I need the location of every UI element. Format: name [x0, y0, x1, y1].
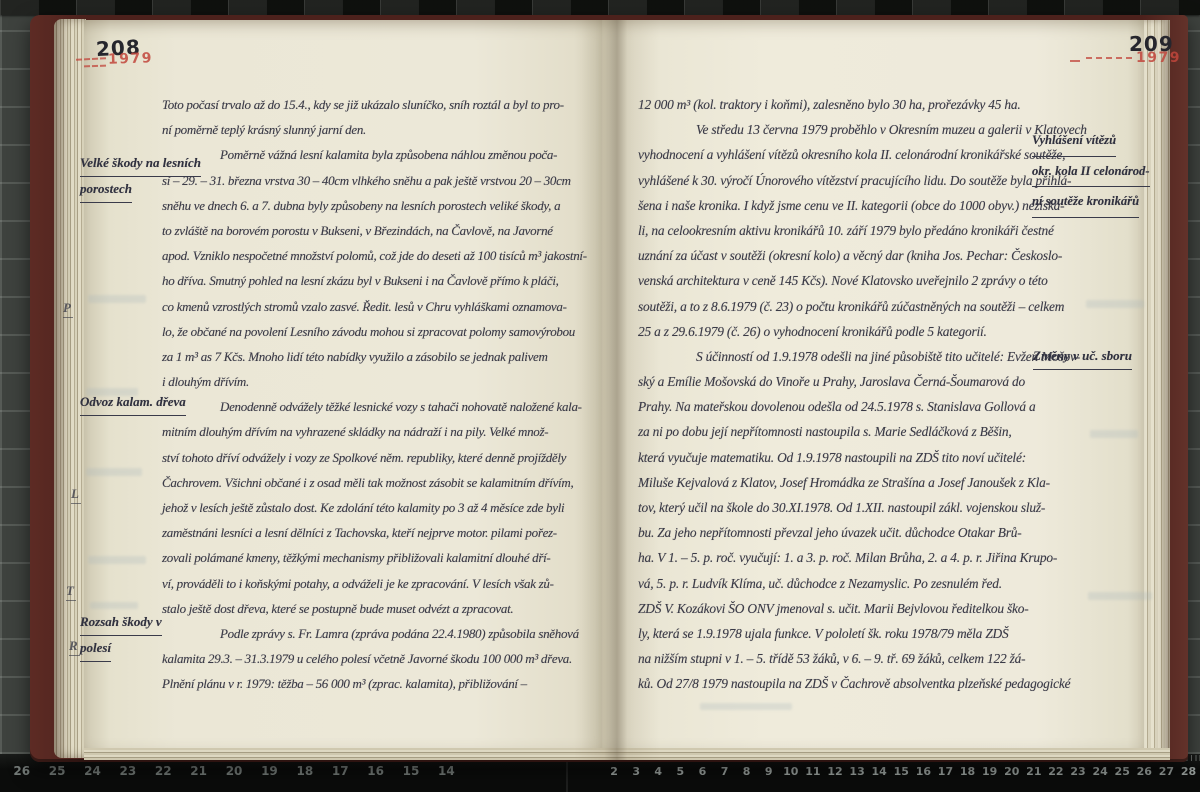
- handwritten-line: ní poměrně teplý krásný slunný jarní den…: [162, 117, 604, 142]
- handwritten-line: apod. Vzniklo nespočetné množství polomů…: [162, 243, 604, 268]
- handwritten-line: ZDŠ V. Kozákovi ŠO ONV jmenoval s. učit.…: [638, 596, 1138, 621]
- left-page-text: Toto počasí trvalo až do 15.4., kdy se j…: [162, 92, 604, 697]
- handwritten-line: i dlouhým dřívím.: [162, 369, 604, 394]
- handwritten-line: ví, prováděli to i koňskými potahy, a od…: [162, 571, 604, 596]
- ruler-number: 17: [323, 764, 358, 778]
- red-dash-mark: [1086, 57, 1132, 59]
- ruler-number: 19: [252, 764, 287, 778]
- ruler-number: 14: [868, 765, 890, 778]
- margin-note-timber-removal: Odvoz kalam. dřeva: [80, 390, 186, 416]
- handwritten-line: venská architektura v ceně 145 Kčs). Nov…: [638, 268, 1138, 293]
- ruler-number: 24: [75, 764, 110, 778]
- ruler-number: 28: [1177, 765, 1199, 778]
- ruler-number: 4: [647, 765, 669, 778]
- ruler-number: 20: [1001, 765, 1023, 778]
- ruler-bottom-left-numbers: 26252423222120191817161514: [4, 764, 464, 778]
- ruler-number: 25: [39, 764, 74, 778]
- handwritten-line: zovali polámané kmeny, těžkými mechanism…: [162, 545, 604, 570]
- handwritten-line: bu. Za jeho nepřítomnosti převzal jeho ú…: [638, 520, 1138, 545]
- year-stamp-left: 1979: [108, 50, 153, 68]
- ruler-number: 2: [603, 765, 625, 778]
- ink-bleed-mark: [86, 468, 142, 476]
- ruler-number: 15: [393, 764, 428, 778]
- ruler-number: 22: [146, 764, 181, 778]
- ruler-number: 19: [979, 765, 1001, 778]
- margin-note-staff-changes: Změny v uč. sboru: [1033, 344, 1132, 370]
- page-bottom-edge: [84, 748, 1170, 760]
- handwritten-line: zaměstnáni lesníci a lesní dělníci z Tac…: [162, 520, 604, 545]
- ink-bleed-mark: [88, 295, 146, 303]
- handwritten-line: za ni po dobu její nepřítomnosti nastoup…: [638, 419, 1138, 444]
- ruler-number: 11: [802, 765, 824, 778]
- ruler-number: 25: [1111, 765, 1133, 778]
- ruler-number: 24: [1089, 765, 1111, 778]
- margin-note-damage-extent: Rozsah škody v polesí: [80, 610, 162, 662]
- handwritten-line: ství tohoto dříví odvážely i vozy ze Spo…: [162, 445, 604, 470]
- margin-note-line: Rozsah škody v: [80, 610, 162, 636]
- handwritten-line: stalo ještě dost dřeva, které se postupn…: [162, 596, 604, 621]
- margin-note-line: porostech: [80, 177, 132, 203]
- handwritten-line: 25 a z 29.6.1979 (č. 26) o vyhodnocení k…: [638, 319, 1138, 344]
- handwritten-line: ho dříva. Smutný pohled na lesní zkázu b…: [162, 268, 604, 293]
- handwritten-line: ků. Od 27/8 1979 nastoupila na ZDŠ v Čac…: [638, 671, 1138, 696]
- ruler-number: 5: [669, 765, 691, 778]
- handwritten-line: to zvláště na borovém porostu v Bukseni,…: [162, 218, 604, 243]
- edge-letter: R: [69, 638, 80, 656]
- margin-note-line: Velké škody na lesních: [80, 151, 201, 177]
- ruler-number: 21: [1023, 765, 1045, 778]
- edge-letter: L: [71, 486, 81, 504]
- margin-note-line: Odvoz kalam. dřeva: [80, 390, 186, 416]
- ruler-number: 14: [429, 764, 464, 778]
- handwritten-line: 12 000 m³ (kol. traktory i koňmi), zales…: [638, 92, 1138, 117]
- handwritten-line: sí – 29. – 31. března vrstva 30 – 40cm v…: [162, 168, 604, 193]
- ink-bleed-mark: [88, 556, 146, 564]
- handwritten-line: Podle zprávy s. Fr. Lamra (zpráva podána…: [162, 621, 604, 646]
- ruler-number: 17: [934, 765, 956, 778]
- ruler-number: 23: [110, 764, 145, 778]
- handwritten-line: Miluše Kejvalová z Klatov, Josef Hromádk…: [638, 470, 1138, 495]
- handwritten-line: mitním dlouhým dřívím na vyhrazené sklád…: [162, 419, 604, 444]
- ruler-number: 21: [181, 764, 216, 778]
- handwritten-line: za 1 m³ as 7 Kčs. Mnoho lidí této nabídk…: [162, 344, 604, 369]
- ruler-number: 26: [4, 764, 39, 778]
- handwritten-line: která vyučuje matematiku. Od 1.9.1978 na…: [638, 445, 1138, 470]
- handwritten-line: Plnění plánu v r. 1979: těžba – 56 000 m…: [162, 671, 604, 696]
- margin-note-line: okr. kola II celonárod-: [1032, 157, 1150, 188]
- handwritten-line: uznání za účast v soutěži (okresní kolo)…: [638, 243, 1138, 268]
- ruler-number: 18: [287, 764, 322, 778]
- handwritten-line: Denodenně odvážely těžké lesnické vozy s…: [162, 394, 604, 419]
- ruler-bottom-right-numbers: 2345678910111213141516171819202122232425…: [603, 765, 1200, 778]
- handwritten-line: li, na celookresním aktivu kronikářů 10.…: [638, 218, 1138, 243]
- ink-bleed-mark: [700, 703, 792, 710]
- ruler-number: 20: [216, 764, 251, 778]
- ruler-number: 18: [957, 765, 979, 778]
- margin-note-line: Vyhlášení vítězů: [1032, 126, 1116, 157]
- handwritten-line: vá, 5. p. r. Ludvík Klíma, uč. důchodce …: [638, 571, 1138, 596]
- handwritten-line: ský a Emílie Mošovská do Vinoře u Prahy,…: [638, 369, 1138, 394]
- ruler-number: 22: [1045, 765, 1067, 778]
- ruler-number: 23: [1067, 765, 1089, 778]
- handwritten-line: lo, že občané na povolení Lesního závodu…: [162, 319, 604, 344]
- margin-note-line: Změny v uč. sboru: [1033, 344, 1132, 370]
- handwritten-line: kalamita 29.3. – 31.3.1979 u celého pole…: [162, 646, 604, 671]
- margin-note-contest-winners: Vyhlášení vítězů okr. kola II celonárod-…: [1032, 126, 1150, 218]
- ruler-number: 27: [1155, 765, 1177, 778]
- ruler-top: [0, 0, 1200, 15]
- ruler-number: 6: [691, 765, 713, 778]
- handwritten-line: ha. V 1. – 5. p. roč. vyučují: 1. a 3. p…: [638, 545, 1138, 570]
- margin-note-line: polesí: [80, 636, 111, 662]
- handwritten-line: Čachrovem. Všichni občané i z osad měli …: [162, 470, 604, 495]
- ruler-number: 12: [824, 765, 846, 778]
- ink-bleed-mark: [90, 602, 138, 609]
- handwritten-line: co kmenů vzrostlých stromů vzalo zasvé. …: [162, 294, 604, 319]
- red-dash-mark: [1070, 60, 1080, 62]
- ruler-number: 16: [912, 765, 934, 778]
- scan-scene: 26252423222120191817161514 2345678910111…: [0, 0, 1200, 792]
- ruler-number: 13: [846, 765, 868, 778]
- handwritten-line: Toto počasí trvalo až do 15.4., kdy se j…: [162, 92, 604, 117]
- handwritten-line: ly, která se 1.9.1978 ujala funkce. V po…: [638, 621, 1138, 646]
- handwritten-line: sněhu ve dnech 6. a 7. dubna byly způsob…: [162, 193, 604, 218]
- handwritten-line: jehož v lesích ještě zůstalo dost. Ke zd…: [162, 495, 604, 520]
- handwritten-line: tov, který učil na škole do 30.XI.1978. …: [638, 495, 1138, 520]
- handwritten-line: na nižším stupni v 1. – 5. třídě 53 žáků…: [638, 646, 1138, 671]
- handwritten-line: Prahy. Na mateřskou dovolenou odešla od …: [638, 394, 1138, 419]
- margin-note-forest-damage: Velké škody na lesních porostech: [80, 151, 201, 203]
- ruler-number: 3: [625, 765, 647, 778]
- margin-note-line: ní soutěže kronikářů: [1032, 187, 1139, 218]
- handwritten-line: soutěži, a to z 8.6.1979 (č. 23) o počtu…: [638, 294, 1138, 319]
- year-stamp-right: 1979: [1136, 50, 1181, 66]
- edge-letter: P: [63, 300, 73, 318]
- ruler-number: 15: [890, 765, 912, 778]
- ruler-number: 16: [358, 764, 393, 778]
- ruler-number: 8: [736, 765, 758, 778]
- edge-letter: T: [66, 583, 76, 601]
- ruler-number: 9: [758, 765, 780, 778]
- ruler-number: 7: [713, 765, 735, 778]
- handwritten-line: Poměrně vážná lesní kalamita byla způsob…: [162, 142, 604, 167]
- ruler-number: 10: [780, 765, 802, 778]
- ruler-number: 26: [1133, 765, 1155, 778]
